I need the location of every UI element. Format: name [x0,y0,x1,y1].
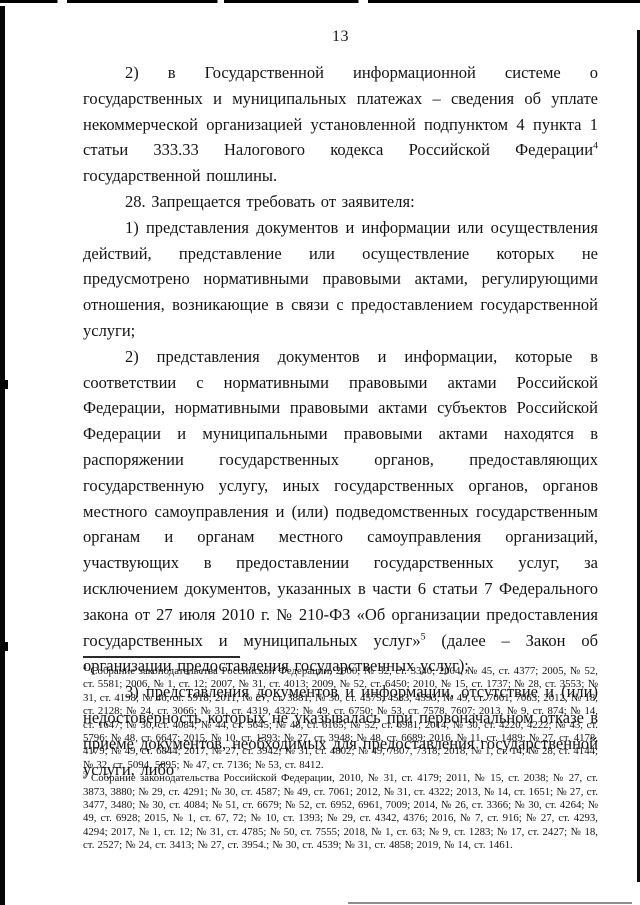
footnote-block: 4 Собрание законодательства Российской Ф… [83,656,598,853]
paragraph: 1) представления документов и информации… [83,215,598,344]
paragraph: 28. Запрещается требовать от заявителя: [83,189,598,215]
footnote-marker: 4 [83,662,87,671]
footnote: 4 Собрание законодательства Российской Ф… [83,665,598,772]
paragraph: 2) в Государственной информационной сист… [83,60,598,189]
page-number: 13 [83,28,598,46]
footnote: 5 Собрание законодательства Российской Ф… [83,772,598,852]
footnote-reference: 5 [421,631,426,642]
paragraph: 2) представления документов и информации… [83,344,598,679]
footnote-reference: 4 [593,141,598,152]
scan-artifact-left-nub [5,642,8,651]
footnotes: 4 Собрание законодательства Российской Ф… [83,665,598,853]
scan-edge-left [0,6,5,905]
scan-artifact-left-nub [5,380,8,389]
footnote-marker: 5 [83,770,87,779]
scan-artifact-bottom-line [348,902,632,904]
footnote-separator-rule [83,656,240,658]
scan-edge-top [0,0,640,3]
document-page: 13 2) в Государственной информационной с… [0,0,640,905]
